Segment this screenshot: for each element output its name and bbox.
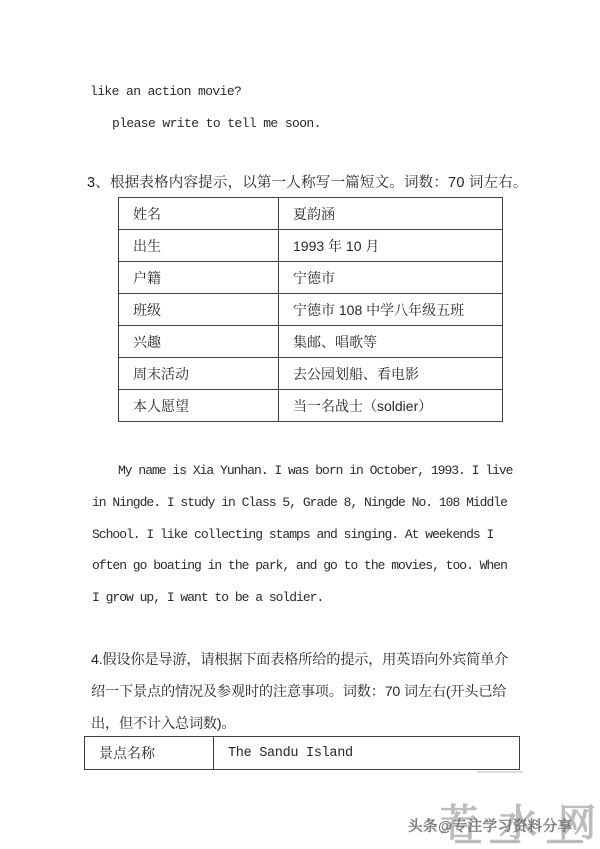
essay-line: often go boating in the park, and go to … [92, 558, 532, 590]
field-value: 1993 年 10 月 [279, 230, 503, 262]
task4-heading-line: 4.假设你是导游，请根据下面表格所给的提示，用英语向外宾简单介 [91, 652, 508, 684]
field-label: 兴趣 [119, 326, 279, 358]
essay-line: My name is Xia Yunhan. I was born in Oct… [92, 463, 532, 495]
table-row: 景点名称 The Sandu Island [85, 737, 520, 770]
field-value: 宁德市 108 中学八年级五班 [279, 294, 503, 326]
field-label: 周末活动 [119, 358, 279, 390]
task4-heading: 4.假设你是导游，请根据下面表格所给的提示，用英语向外宾简单介 绍一下景点的情况… [91, 652, 508, 748]
intro-line-2: please write to tell me soon. [112, 116, 321, 131]
profile-table: 姓名 夏韵涵 出生 1993 年 10 月 户籍 宁德市 班级 宁德市 108 … [118, 197, 503, 422]
sample-essay: My name is Xia Yunhan. I was born in Oct… [92, 463, 532, 622]
task3-heading: 3、根据表格内容提示，以第一人称写一篇短文。词数：70 词左右。 [87, 171, 528, 192]
field-value: The Sandu Island [214, 737, 520, 770]
essay-line: School. I like collecting stamps and sin… [92, 527, 532, 559]
field-value: 当一名战士（soldier） [279, 390, 503, 422]
field-value: 夏韵涵 [279, 198, 503, 230]
table-row: 姓名 夏韵涵 [119, 198, 503, 230]
table-row: 班级 宁德市 108 中学八年级五班 [119, 294, 503, 326]
field-label: 出生 [119, 230, 279, 262]
table-row: 兴趣 集邮、唱歌等 [119, 326, 503, 358]
document-page: like an action movie? please write to te… [0, 0, 600, 849]
essay-line: in Ningde. I study in Class 5, Grade 8, … [92, 495, 532, 527]
intro-line-1: like an action movie? [90, 84, 241, 99]
field-label: 班级 [119, 294, 279, 326]
field-label: 本人愿望 [119, 390, 279, 422]
task4-heading-line: 绍一下景点的情况及参观时的注意事项。词数：70 词左右(开头已给 [91, 684, 508, 716]
table-row: 本人愿望 当一名战士（soldier） [119, 390, 503, 422]
table-row: 出生 1993 年 10 月 [119, 230, 503, 262]
field-label: 户籍 [119, 262, 279, 294]
scenic-spot-table: 景点名称 The Sandu Island [84, 736, 520, 770]
field-label: 景点名称 [85, 737, 214, 770]
essay-line: I grow up, I want to be a soldier. [92, 590, 532, 622]
field-value: 宁德市 [279, 262, 503, 294]
watermark-subtext-mark [455, 840, 481, 843]
field-value: 集邮、唱歌等 [279, 326, 503, 358]
scan-artifact [477, 771, 523, 773]
watermark-subtext-mark [547, 840, 583, 843]
table-row: 户籍 宁德市 [119, 262, 503, 294]
toutiao-watermark: 头条@专注学习资料分享 [408, 815, 573, 836]
watermark-subtext-mark [490, 840, 520, 843]
field-label: 姓名 [119, 198, 279, 230]
table-row: 周末活动 去公园划船、看电影 [119, 358, 503, 390]
field-value: 去公园划船、看电影 [279, 358, 503, 390]
